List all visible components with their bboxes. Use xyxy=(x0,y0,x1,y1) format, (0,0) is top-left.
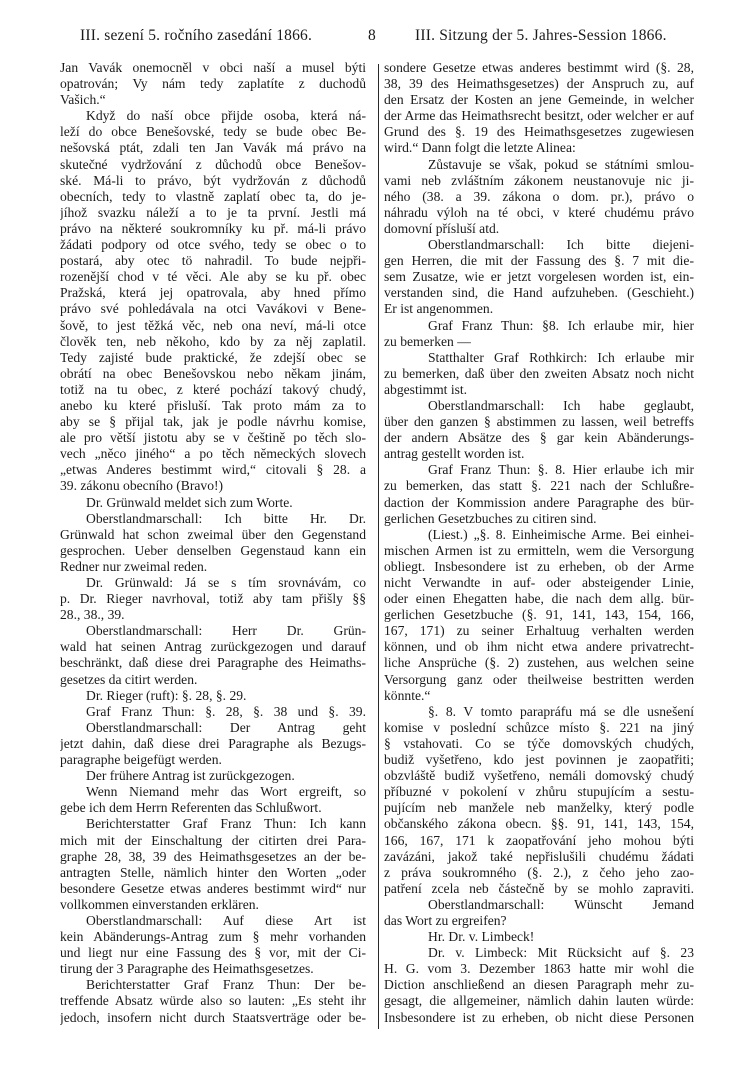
text-line: daction der Kommission andere Paragraphe… xyxy=(384,495,694,511)
text-line: ného (38. a 39. zákona o dom. pr.), práv… xyxy=(384,189,694,205)
text-line: Statthalter Graf Rothkirch: Ich erlaube … xyxy=(384,350,694,366)
text-line: právo své pohledávala na otci Vavákovi v… xyxy=(60,301,366,317)
text-line: Berichterstatter Graf Franz Thun: Der be… xyxy=(60,977,366,993)
text-line: zu bemerken — xyxy=(384,334,694,350)
text-line: Pražská, která jej opatrovala, aby hned … xyxy=(60,285,366,301)
text-line: mich mit der Einschaltung der citirten d… xyxy=(60,833,366,849)
text-line: leží do obce Benešovské, tedy se bude ob… xyxy=(60,124,366,140)
text-line: Dr. Grünwald meldet sich zum Worte. xyxy=(60,495,366,511)
text-line: zu bemerken, daß über den zweiten Absatz… xyxy=(384,366,694,382)
text-line: das Wort zu ergreifen? xyxy=(384,913,694,929)
text-line: ské. Má-li to právo, být vydržován z důc… xyxy=(60,173,366,189)
text-line: 38, 39 des Heimathsgesetzes) der Anspruc… xyxy=(384,76,694,92)
text-line: Grund des §. 19 des Heimathsgesetzes zug… xyxy=(384,124,694,140)
text-line: vami neb zvláštním zákonem neustanovuje … xyxy=(384,173,694,189)
text-line: kein Abänderungs-Antrag zum § mehr vorha… xyxy=(60,929,366,945)
text-line: beschränkt, daß diese drei Paragraphe de… xyxy=(60,655,366,671)
text-line: skutečné vydržování z důchodů obce Beneš… xyxy=(60,157,366,173)
text-line: anebo ku které přisluší. Tak proto mám z… xyxy=(60,398,366,414)
left-text-column: Jan Vavák onemocněl v obci naší a musel … xyxy=(60,60,366,1026)
text-line: gesagt, die allgemeiner, nämlich dahin l… xyxy=(384,993,694,1009)
text-line: jedoch, insofern nicht durch Staatsvertr… xyxy=(60,1010,366,1026)
text-line: gebe ich dem Herrn Referenten das Schluß… xyxy=(60,800,366,816)
text-line: liche Ansprüche (§. 2) zustehen, aus wel… xyxy=(384,655,694,671)
text-line: zu bemerken, das statt §. 221 nach der S… xyxy=(384,478,694,494)
text-line: obecních, tedy to vlastně zaplatí obec t… xyxy=(60,189,366,205)
text-line: gen Herren, die mit der Fassung des §. 7… xyxy=(384,253,694,269)
header-german-title: III. Sitzung der 5. Jahres-Session 1866. xyxy=(415,27,667,45)
text-line: Dr. v. Limbeck: Mit Rücksicht auf §. 23 xyxy=(384,945,694,961)
text-line: Oberstlandmarschall: Ich habe geglaubt, xyxy=(384,398,694,414)
text-line: vech „něco jiného“ a po těch německých s… xyxy=(60,446,366,462)
text-line: gesetzes da citirt werden. xyxy=(60,672,366,688)
text-line: Oberstlandmarschall: Wünscht Jemand xyxy=(384,897,694,913)
text-line: Graf Franz Thun: §. 28, §. 38 und §. 39. xyxy=(60,704,366,720)
text-line: treffende Absatz würde also so lauten: „… xyxy=(60,993,366,1009)
column-divider xyxy=(378,64,379,1029)
text-line: z práva soukromného (§. 2.), z čeho jeho… xyxy=(384,865,694,881)
text-line: Jan Vavák onemocněl v obci naší a musel … xyxy=(60,60,366,76)
text-line: und liegt nur eine Fassung des § vor, mi… xyxy=(60,945,366,961)
text-line: Oberstlandmarschall: Ich bitte diejeni- xyxy=(384,237,694,253)
text-line: §. 8. V tomto parapráfu má se dle usneše… xyxy=(384,704,694,720)
text-line: § vstahovati. Co se týče domovských chud… xyxy=(384,736,694,752)
text-line: wird.“ Dann folgt die letzte Alinea: xyxy=(384,140,694,156)
text-line: „etwas Anderes bestimmt wird,“ citovali … xyxy=(60,462,366,478)
text-line: mischen Armen ist zu ermitteln, wem die … xyxy=(384,543,694,559)
text-line: p. Dr. Rieger navrhoval, totiž aby tam p… xyxy=(60,591,366,607)
text-line: Oberstlandmarschall: Ich bitte Hr. Dr. xyxy=(60,511,366,527)
text-line: verstanden sind, die Hand aufzuheben. (G… xyxy=(384,285,694,301)
text-line: Der frühere Antrag ist zurückgezogen. xyxy=(60,768,366,784)
text-line: Redner nur zweimal reden. xyxy=(60,559,366,575)
text-line: 166, 167, 171 k zaopatřování jeho mohou … xyxy=(384,833,694,849)
text-line: příbuzné v pokolení v zhůru stupujícím a… xyxy=(384,784,694,800)
text-line: H. G. vom 3. Dezember 1863 hatte mir woh… xyxy=(384,961,694,977)
text-line: Dr. Rieger (ruft): §. 28, §. 29. xyxy=(60,688,366,704)
text-line: právo na některé soukromníky ku př. má-l… xyxy=(60,221,366,237)
text-line: Wenn Niemand mehr das Wort ergreift, so xyxy=(60,784,366,800)
text-line: vollkommen einverstanden erklären. xyxy=(60,897,366,913)
text-line: Insbesondere ist zu erheben, ob nicht di… xyxy=(384,1010,694,1026)
text-line: (Liest.) „§. 8. Einheimische Arme. Bei e… xyxy=(384,527,694,543)
text-line: sondere Gesetze etwas anderes bestimmt w… xyxy=(384,60,694,76)
text-line: Berichterstatter Graf Franz Thun: Ich ka… xyxy=(60,816,366,832)
text-line: gesprochen. Ueber denselben Gegenstaud k… xyxy=(60,543,366,559)
text-line: žádati podpory od otce svého, tedy se ob… xyxy=(60,237,366,253)
text-line: Oberstlandmarschall: Herr Dr. Grün- xyxy=(60,623,366,639)
text-line: Oberstlandmarschall: Der Antrag geht xyxy=(60,720,366,736)
text-line: šově, to jest těžká věc, neb ona neví, m… xyxy=(60,318,366,334)
text-line: tirung der 3 Paragraphe des Heimathsgese… xyxy=(60,961,366,977)
text-line: oder einen Ehegatten habe, die nach dem … xyxy=(384,591,694,607)
text-line: könnte.“ xyxy=(384,688,694,704)
text-line: gerlichen Gesetzbuche (§. 91, 141, 143, … xyxy=(384,607,694,623)
text-line: 28., 38., 39. xyxy=(60,607,366,623)
text-line: jetzt dahin, daß diese drei Paragraphe a… xyxy=(60,736,366,752)
text-line: opatrován; Vy nám tedy zaplatíte z ducho… xyxy=(60,76,366,92)
text-line: abgestimmt ist. xyxy=(384,382,694,398)
text-line: paragraphe beigefügt werden. xyxy=(60,752,366,768)
header-czech-title: III. sezení 5. ročního zasedání 1866. xyxy=(80,27,312,45)
text-line: rozenější chod v té věci. Ale aby se ku … xyxy=(60,269,366,285)
text-line: jíhož svazku náleží a to je ta první. Je… xyxy=(60,205,366,221)
text-line: graphe 28, 38, 39 des Heimathsgesetzes a… xyxy=(60,849,366,865)
text-line: Když do naší obce přijde osoba, která ná… xyxy=(60,108,366,124)
text-line: Graf Franz Thun: §. 8. Hier erlaube ich … xyxy=(384,462,694,478)
text-line: Diction anschließend an diesen Paragraph… xyxy=(384,977,694,993)
text-line: 39. zákonu obecního (Bravo!) xyxy=(60,478,366,494)
text-line: der andern Absätze des § gar kein Abände… xyxy=(384,430,694,446)
text-line: sem Zusatze, wie er jetzt vorgelesen wor… xyxy=(384,269,694,285)
text-line: domovní přísluší atd. xyxy=(384,221,694,237)
text-line: totiž na tu obec, z které pochází takový… xyxy=(60,382,366,398)
text-line: Oberstlandmarschall: Auf diese Art ist xyxy=(60,913,366,929)
text-line: können, und ob ihm nicht etwa andere pri… xyxy=(384,639,694,655)
text-line: antragten Stelle, nämlich hinter den Wor… xyxy=(60,865,366,881)
text-line: patření zcela neb částečně by se mohlo z… xyxy=(384,881,694,897)
text-line: besondere Gesetze etwas anderes bestimmt… xyxy=(60,881,366,897)
text-line: člověk ten, neb někoho, kdo by za něj za… xyxy=(60,334,366,350)
text-line: komise v poslední schůzce místo §. 221 n… xyxy=(384,720,694,736)
text-line: Tedy zajisté bude praktické, že zdejší o… xyxy=(60,350,366,366)
text-line: nicht Verwandte in auf- oder absteigende… xyxy=(384,575,694,591)
text-line: den Ersatz der Kosten an jene Gemeinde, … xyxy=(384,92,694,108)
text-line: 167, 171) zu seiner Erhaltuug verhalten … xyxy=(384,623,694,639)
text-line: budiž vyšetřeno, kdo jest povinnen je za… xyxy=(384,752,694,768)
text-line: obrátí na obec Benešovskou nebo někam ji… xyxy=(60,366,366,382)
text-line: Grünwald hat schon zweimal über den Gege… xyxy=(60,527,366,543)
page-number: 8 xyxy=(368,27,376,45)
text-line: Versorgung ganz oder theilweise bestritt… xyxy=(384,672,694,688)
text-line: ale pro větší jistotu aby se v češtině p… xyxy=(60,430,366,446)
text-line: Vašich.“ xyxy=(60,92,366,108)
text-line: zavázáni, jakož také nepřislušili chudém… xyxy=(384,849,694,865)
text-line: aby se § přijal tak, jak je podle návrhu… xyxy=(60,414,366,430)
text-line: nešovská ptát, zdali ten Jan Vavák má pr… xyxy=(60,140,366,156)
text-line: Zůstavuje se však, pokud se státními sml… xyxy=(384,157,694,173)
text-line: náhradu výloh na té obci, v které chudém… xyxy=(384,205,694,221)
text-line: postará, aby otec tö nahradil. To bude n… xyxy=(60,253,366,269)
text-line: pujícím neb manžele neb manželky, který … xyxy=(384,800,694,816)
text-line: Dr. Grünwald: Já se s tím srovnávám, co xyxy=(60,575,366,591)
text-line: Graf Franz Thun: §8. Ich erlaube mir, hi… xyxy=(384,318,694,334)
text-line: antrag gestellt worden ist. xyxy=(384,446,694,462)
right-text-column: sondere Gesetze etwas anderes bestimmt w… xyxy=(384,60,694,1026)
text-line: Hr. Dr. v. Limbeck! xyxy=(384,929,694,945)
text-line: obzvláště budiž vyšetřeno, nemáli domovs… xyxy=(384,768,694,784)
text-line: gerlichen Gesetzbuches zu citiren sind. xyxy=(384,511,694,527)
text-line: obliegt. Insbesondere ist zu erheben, ob… xyxy=(384,559,694,575)
text-line: občanského zákona obecn. §§. 91, 141, 14… xyxy=(384,816,694,832)
text-line: Er ist angenommen. xyxy=(384,301,694,317)
text-line: über den ganzen § abstimmen zu lassen, w… xyxy=(384,414,694,430)
page-header: III. sezení 5. ročního zasedání 1866. 8 … xyxy=(0,27,750,49)
text-line: wald hat seinen Antrag zurückgezogen und… xyxy=(60,639,366,655)
text-line: der Arme das Heimathsrecht besitzt, oder… xyxy=(384,108,694,124)
